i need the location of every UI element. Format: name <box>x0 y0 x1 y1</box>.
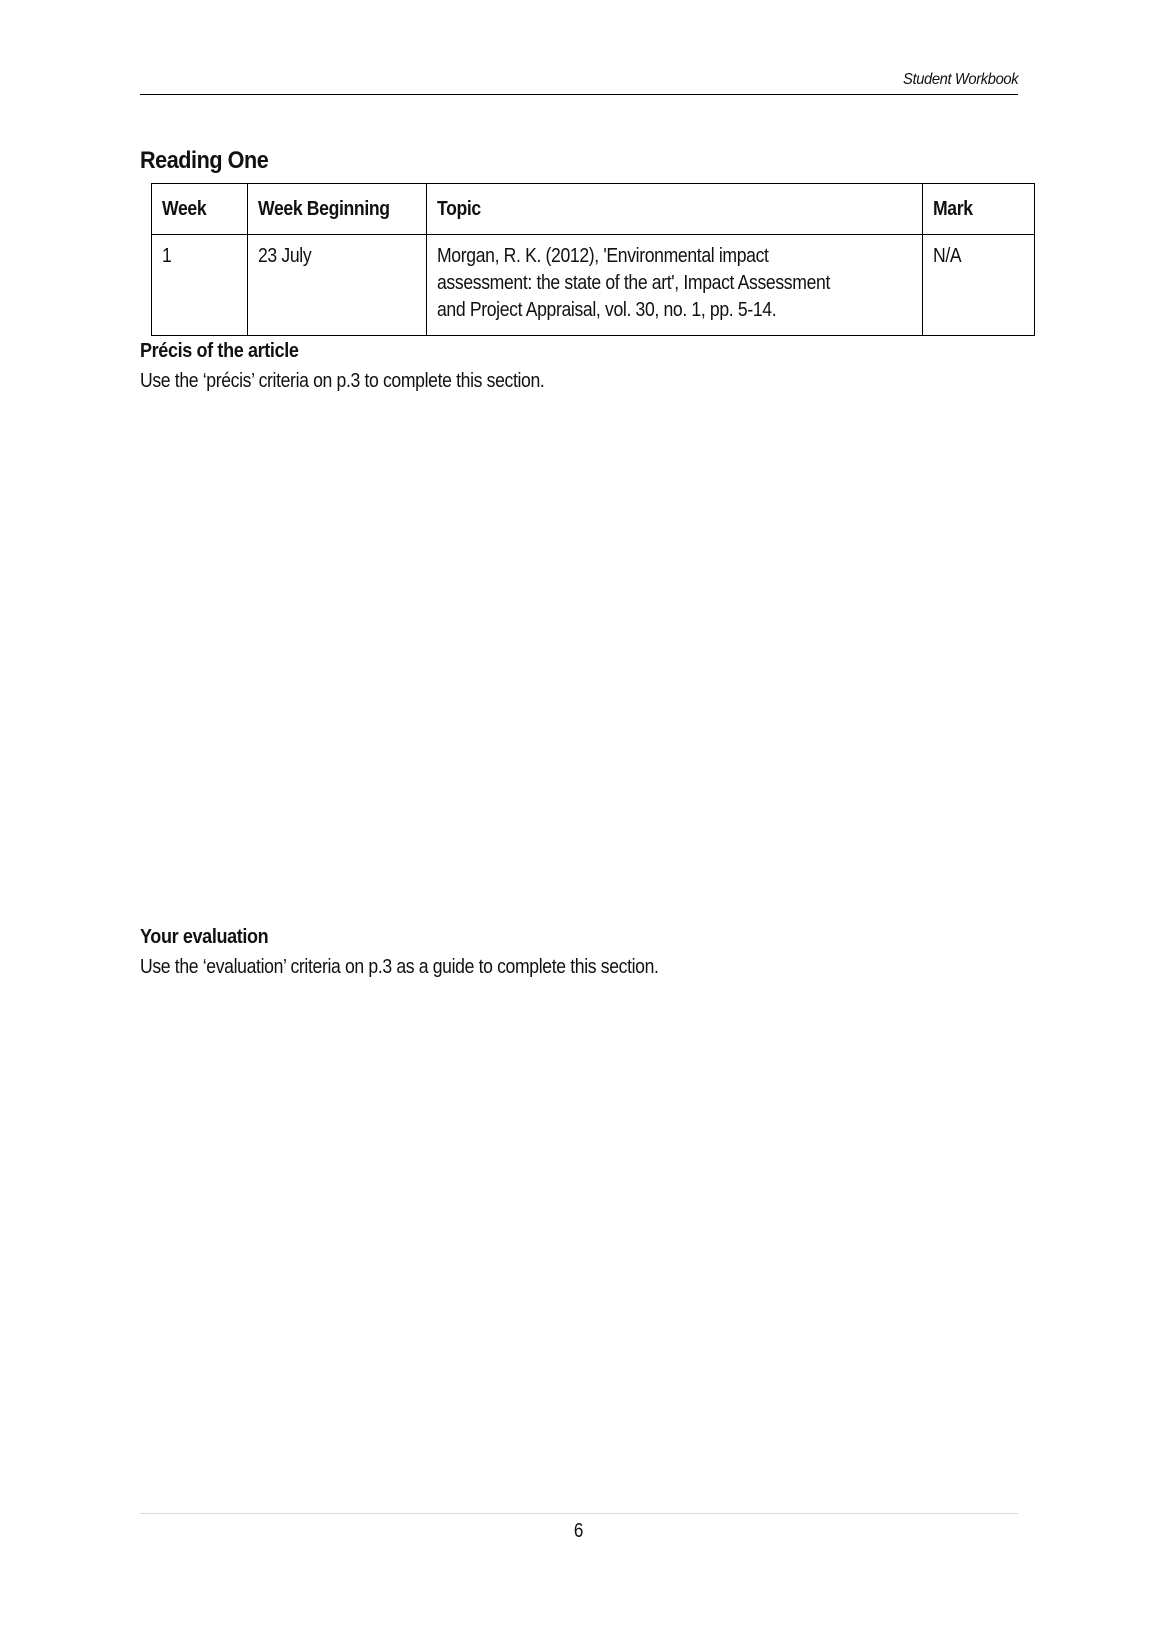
table-header-row: Week Week Beginning Topic Mark <box>152 184 1035 235</box>
topic-line: and Project Appraisal, vol. 30, no. 1, p… <box>437 297 855 324</box>
reading-schedule-table: Week Week Beginning Topic Mark 1 23 July… <box>151 183 1035 336</box>
running-title: Student Workbook <box>903 68 1018 92</box>
column-header-topic: Topic <box>427 184 923 235</box>
cell-topic: Morgan, R. K. (2012), 'Environmental imp… <box>427 235 923 336</box>
column-header-week: Week <box>152 184 248 235</box>
evaluation-heading: Your evaluation <box>140 924 268 950</box>
reading-title: Reading One <box>140 146 268 176</box>
column-header-week-beginning: Week Beginning <box>248 184 427 235</box>
cell-week-beginning: 23 July <box>248 235 427 336</box>
evaluation-instruction: Use the ‘evaluation’ criteria on p.3 as … <box>140 954 659 980</box>
precis-answer-area[interactable] <box>140 400 1018 900</box>
precis-instruction: Use the ‘précis’ criteria on p.3 to comp… <box>140 368 544 394</box>
cell-week: 1 <box>152 235 248 336</box>
topic-line: assessment: the state of the art', Impac… <box>437 270 855 297</box>
table-row: 1 23 July Morgan, R. K. (2012), 'Environ… <box>152 235 1035 336</box>
page-header: Student Workbook <box>140 68 1018 95</box>
page-number: 6 <box>574 1518 583 1544</box>
evaluation-answer-area[interactable] <box>140 986 1018 1496</box>
cell-mark: N/A <box>923 235 1035 336</box>
precis-heading: Précis of the article <box>140 338 299 364</box>
column-header-mark: Mark <box>923 184 1035 235</box>
topic-line: Morgan, R. K. (2012), 'Environmental imp… <box>437 243 855 270</box>
page-footer: 6 <box>140 1513 1018 1544</box>
